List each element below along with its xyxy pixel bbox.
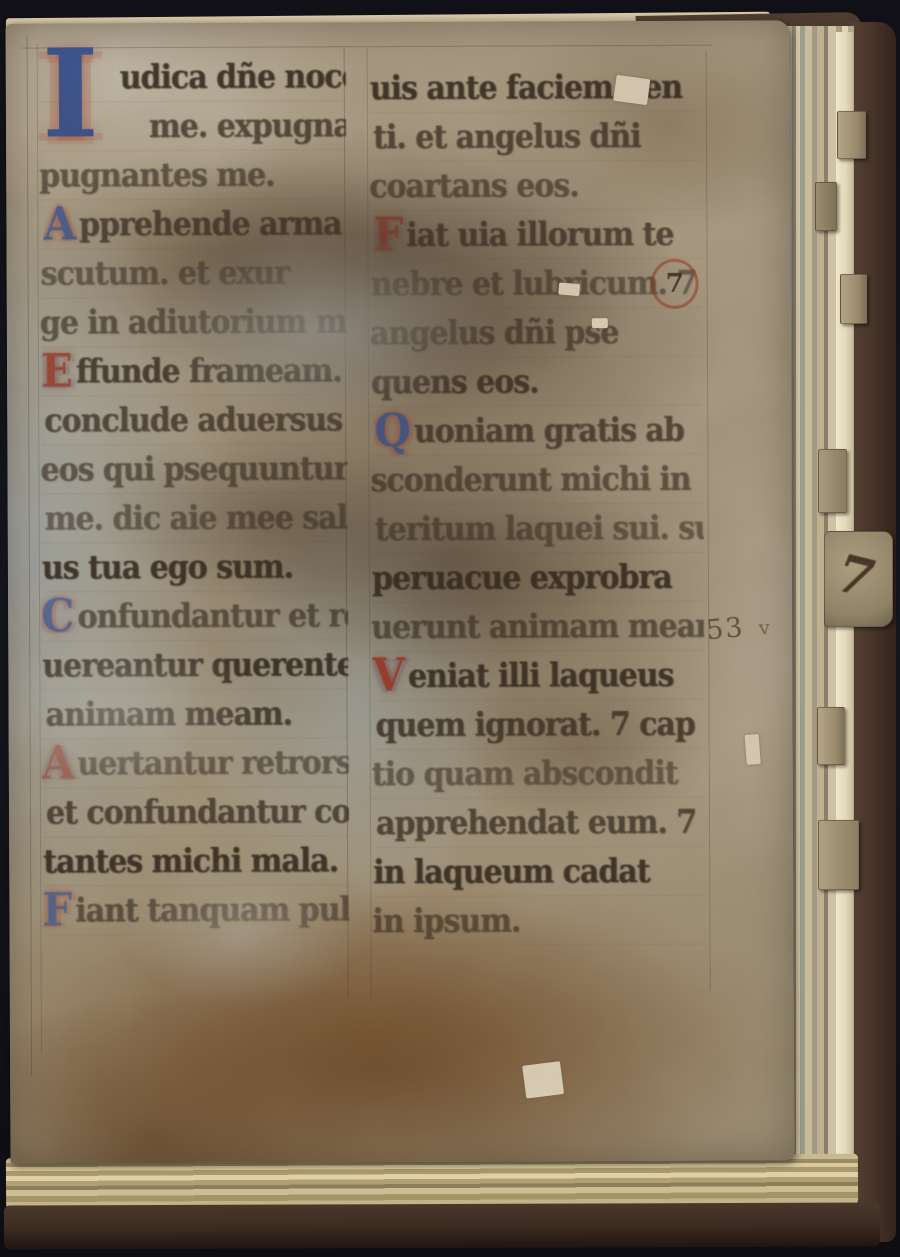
manuscript-line: uereantur querentes	[42, 638, 348, 692]
tab-ink-mark: 7	[826, 544, 884, 610]
line-text: quem ignorat. 7 cap	[376, 705, 695, 744]
manuscript-line: udica dñe nocentes	[40, 50, 346, 104]
illuminated-initial: C	[41, 595, 75, 638]
manuscript-line: ge in adiutorium m.	[40, 295, 347, 349]
manuscript-line: apprehendat eum. 7	[376, 796, 705, 850]
illuminated-initial: V	[372, 654, 405, 697]
illuminated-initial: F	[373, 213, 403, 256]
line-text: me. expugna im	[149, 107, 346, 146]
index-tab-3	[840, 274, 867, 324]
manuscript-line: coartans eos.	[369, 159, 702, 213]
ruling-line	[706, 51, 711, 991]
line-text: nebre et lubricum. 7	[371, 264, 697, 303]
line-text: ge in adiutorium m.	[40, 303, 347, 342]
manuscript-line: Apprehende arma et	[43, 197, 346, 251]
line-text: apprehendat eum. 7	[376, 803, 696, 842]
line-text: animam meam.	[45, 695, 292, 734]
index-tab-2	[815, 182, 837, 231]
folio-digits: 53	[705, 612, 746, 646]
line-text: peruacue exprobra	[372, 558, 672, 597]
line-text: us tua ego sum.	[42, 548, 293, 587]
line-text: uertantur retrorsum	[77, 744, 349, 783]
manuscript-line: in laqueum cadat	[373, 845, 705, 899]
manuscript-line: sconderunt michi in	[370, 453, 703, 507]
line-text: uereantur querentes	[42, 646, 348, 685]
parchment-patch	[522, 1061, 564, 1099]
line-text: me. dic aie mee sal	[45, 499, 347, 538]
parchment-patch	[558, 282, 580, 296]
line-text: pugnantes me.	[39, 156, 275, 195]
paraph-glyph: 7	[666, 269, 684, 299]
manuscript-line: uis ante faciem uen	[370, 61, 702, 115]
index-tab-4	[818, 449, 847, 513]
line-text: eos qui psequuntur	[40, 450, 347, 489]
line-text: iat uia illorum te	[406, 215, 673, 254]
manuscript-line: et confundantur cogi	[46, 785, 349, 839]
line-text: udica dñe nocentes	[120, 57, 346, 96]
illuminated-initial: E	[41, 350, 73, 393]
line-text: sconderunt michi in	[370, 460, 690, 499]
manuscript-line: teritum laquei sui. su	[375, 502, 704, 556]
line-text: ti. et angelus dñi	[373, 118, 641, 157]
illuminated-initial: A	[43, 203, 76, 246]
line-text: tio quam abscondit	[372, 754, 678, 793]
illuminated-initial: Q	[374, 409, 411, 452]
parchment-patch	[745, 734, 761, 765]
manuscript-line: Effunde frameam. 7	[41, 344, 347, 398]
text-column-left: udica dñe nocentesme. expugna impugnante…	[40, 52, 350, 935]
line-text: pprehende arma et	[79, 205, 347, 244]
manuscript-line: scutum. et exur	[40, 246, 346, 300]
manuscript-line: Veniat illi laqueus	[372, 649, 704, 703]
illuminated-initial: A	[42, 742, 75, 785]
manuscript-line: tantes michi mala.	[43, 834, 349, 888]
index-tab-5: 7	[824, 531, 893, 627]
parchment-patch	[592, 318, 608, 328]
folio-number: 53v	[705, 610, 773, 647]
illuminated-initial: F	[42, 889, 72, 932]
manuscript-line: angelus dñi pse	[370, 306, 703, 360]
line-text: angelus dñi pse	[370, 314, 619, 353]
line-text: conclude aduersus	[44, 401, 342, 440]
manuscript-line: Auertantur retrorsum	[42, 736, 349, 790]
folio-suffix: v	[757, 615, 772, 640]
manuscript-line: animam meam.	[45, 687, 348, 741]
manuscript-line: ti. et angelus dñi	[373, 110, 702, 164]
manuscript-photo: 7 I udica dñe nocentesme. expugna impugn…	[0, 0, 900, 1257]
ruling-line	[27, 36, 33, 1076]
manuscript-line: Confundantur et re	[41, 589, 348, 643]
manuscript-line: us tua ego sum.	[42, 540, 348, 594]
paraph-mark: 7	[651, 259, 699, 309]
line-text: quens eos.	[371, 363, 539, 402]
manuscript-line: me. dic aie mee sal	[45, 491, 348, 545]
text-column-right: uis ante faciem uenti. et angelus dñicoa…	[370, 63, 706, 946]
manuscript-line: Fiant tanquam puluis	[42, 883, 349, 937]
parchment-patch	[613, 75, 650, 105]
line-text: uerunt animam meam.	[371, 607, 704, 646]
line-text: uoniam gratis ab	[414, 411, 684, 450]
index-tab-1	[837, 111, 866, 159]
line-text: et confundantur cogi	[46, 793, 349, 832]
manuscript-line: quem ignorat. 7 cap	[375, 698, 704, 752]
manuscript-page: I udica dñe nocentesme. expugna impugnan…	[6, 20, 795, 1163]
manuscript-line: tio quam abscondit	[372, 747, 705, 801]
manuscript-line: conclude aduersus	[44, 393, 347, 447]
manuscript-line: quens eos.	[371, 355, 703, 409]
line-text: in laqueum cadat	[373, 853, 650, 892]
index-tab-6	[817, 707, 845, 765]
line-text: tantes michi mala.	[43, 842, 338, 881]
leather-cover-right	[850, 22, 896, 1242]
manuscript-line: peruacue exprobra	[372, 551, 704, 605]
line-text: teritum laquei sui. su	[375, 509, 704, 548]
manuscript-line: me. expugna im	[43, 99, 346, 153]
line-text: onfundantur et re	[77, 597, 348, 636]
line-text: in ipsum.	[372, 902, 520, 940]
line-text: coartans eos.	[369, 167, 579, 206]
line-text: ffunde frameam. 7	[76, 352, 347, 391]
manuscript-line: uerunt animam meam.	[371, 600, 704, 654]
manuscript-line: in ipsum.	[372, 894, 705, 948]
manuscript-line: pugnantes me.	[39, 148, 346, 202]
index-tab-7	[818, 820, 859, 890]
line-text: scutum. et exur	[41, 254, 289, 293]
manuscript-line: Quoniam gratis ab	[374, 404, 703, 458]
manuscript-line: Fiat uia illorum te	[373, 208, 702, 262]
manuscript-line: eos qui psequuntur	[40, 442, 347, 496]
leather-cover-bottom	[4, 1202, 880, 1249]
line-text: iant tanquam puluis	[75, 891, 349, 930]
line-text: eniat illi laqueus	[408, 656, 674, 695]
